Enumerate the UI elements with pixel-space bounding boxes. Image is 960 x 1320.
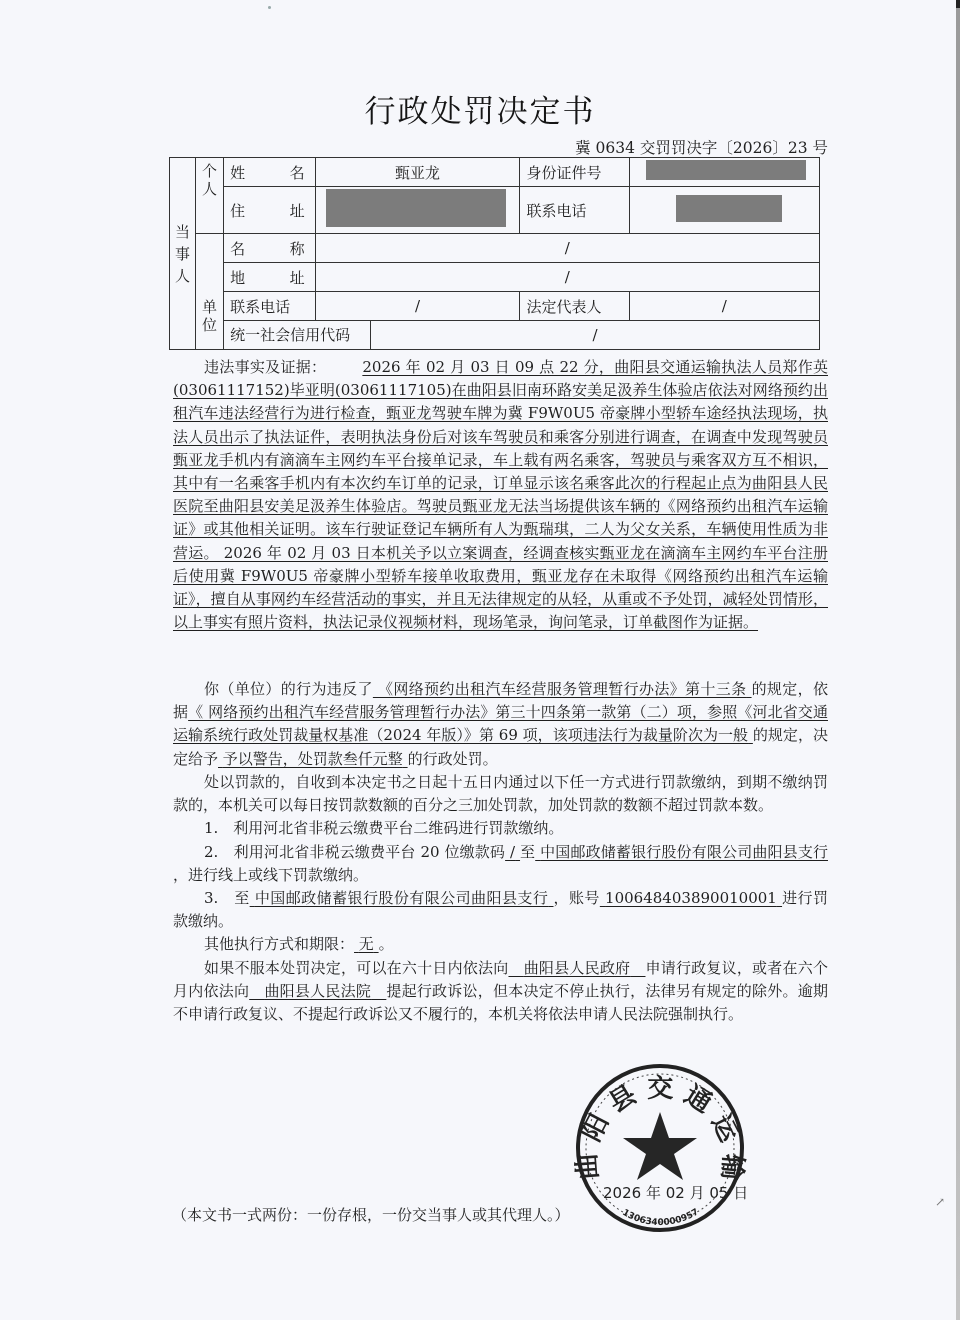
- penalty-decision: 予以警告，处罚款叁仟元整: [218, 750, 408, 768]
- scan-mark: ↗: [935, 1195, 945, 1209]
- unit-phone-value: /: [315, 292, 520, 321]
- unit-name-value: /: [315, 234, 819, 263]
- facts-text: 2026 年 02 月 03 日 09 点 22 分，曲阳县交通运输执法人员郑作…: [173, 358, 828, 631]
- name-label: 姓名: [224, 158, 316, 187]
- document-number: 冀 0634 交罚罚决字〔2026〕23 号: [575, 136, 828, 158]
- penalty-basis: 《 网络预约出租汽车经营服务管理暂行办法》第三十四条第一款第（二）项，参照《河北…: [173, 703, 828, 744]
- id-value: [629, 158, 819, 187]
- payment-section: 处以罚款的，自收到本决定书之日起十五日内通过以下任一方式进行罚款缴纳，到期不缴纳…: [173, 771, 828, 1026]
- credit-code-value: /: [371, 326, 819, 344]
- payment-bank: 中国邮政储蓄银行股份有限公司曲阳县支行: [535, 843, 828, 861]
- individual-label: 个人: [196, 158, 224, 234]
- star-icon: [623, 1112, 697, 1180]
- facts-section: 违法事实及证据：2026 年 02 月 03 日 09 点 22 分，曲阳县交通…: [173, 356, 828, 634]
- payment-code: /: [505, 843, 520, 861]
- unit-phone-label: 联系电话: [224, 292, 316, 321]
- review-body: 曲阳县人民政府: [508, 959, 645, 977]
- decision-date: 2026 年 02 月 05 日: [603, 1182, 748, 1203]
- violation-section: 你（单位）的行为违反了 《网络预约出租汽车经营服务管理暂行办法》第十三条 的规定…: [173, 678, 828, 771]
- phone-label: 联系电话: [520, 187, 629, 234]
- unit-label: 单位: [196, 234, 224, 350]
- legal-rep-value: /: [629, 292, 819, 321]
- scan-speck: [268, 6, 271, 9]
- other-enforcement: 其他执行方式和期限： 无 。: [173, 933, 828, 956]
- payment-item-3: 3. 至 中国邮政储蓄银行股份有限公司曲阳县支行 ，账号 10064840389…: [173, 887, 828, 933]
- payment-bank-2: 中国邮政储蓄银行股份有限公司曲阳县支行: [250, 889, 554, 907]
- address-label: 住址: [224, 187, 316, 234]
- unit-name-label: 名称: [224, 234, 316, 263]
- address-value: [315, 187, 520, 234]
- credit-code-label: 统一社会信用代码: [224, 321, 371, 349]
- payment-item-2: 2. 利用河北省非税云缴费平台 20 位缴款码 / 至 中国邮政储蓄银行股份有限…: [173, 841, 828, 887]
- document-title: 行政处罚决定书: [0, 86, 960, 131]
- payment-intro: 处以罚款的，自收到本决定书之日起十五日内通过以下任一方式进行罚款缴纳，到期不缴纳…: [173, 771, 828, 817]
- phone-value: [629, 187, 819, 234]
- court: 曲阳县人民法院: [249, 982, 386, 1000]
- facts-label: 违法事实及证据：: [204, 358, 326, 376]
- appeal-paragraph: 如果不服本处罚决定，可以在六十日内依法向 曲阳县人民政府 申请行政复议，或者在六…: [173, 957, 828, 1027]
- unit-address-value: /: [315, 263, 819, 292]
- redaction-block: [646, 160, 806, 180]
- footnote: （本文书一式两份：一份存根，一份交当事人或其代理人。）: [172, 1204, 570, 1225]
- unit-address-label: 地址: [224, 263, 316, 292]
- name-value: 甄亚龙: [315, 158, 520, 187]
- facts-paragraph: 违法事实及证据：2026 年 02 月 03 日 09 点 22 分，曲阳县交通…: [173, 356, 828, 634]
- party-info-table: 当事人 个人 姓名 甄亚龙 身份证件号 住址 联系电话 单位 名称 / 地址 /…: [169, 157, 820, 350]
- party-label: 当事人: [170, 158, 196, 350]
- redaction-block: [676, 195, 782, 222]
- account-number: 100648403890010001: [600, 889, 782, 907]
- violation-paragraph: 你（单位）的行为违反了 《网络预约出租汽车经营服务管理暂行办法》第十三条 的规定…: [173, 678, 828, 771]
- violated-rule: 《网络预约出租汽车经营服务管理暂行办法》第十三条: [373, 680, 752, 698]
- official-seal: 曲 阳 县 交 通 运 输 局 1306340000957: [572, 1060, 748, 1236]
- id-label: 身份证件号: [520, 158, 629, 187]
- scan-edge: [956, 0, 960, 1320]
- legal-rep-label: 法定代表人: [520, 292, 629, 321]
- payment-item-1: 1. 利用河北省非税云缴费平台二维码进行罚款缴纳。: [173, 817, 828, 840]
- other-enforcement-value: 无: [354, 935, 379, 953]
- redaction-block: [326, 189, 506, 227]
- credit-code-row: 统一社会信用代码 /: [224, 321, 820, 350]
